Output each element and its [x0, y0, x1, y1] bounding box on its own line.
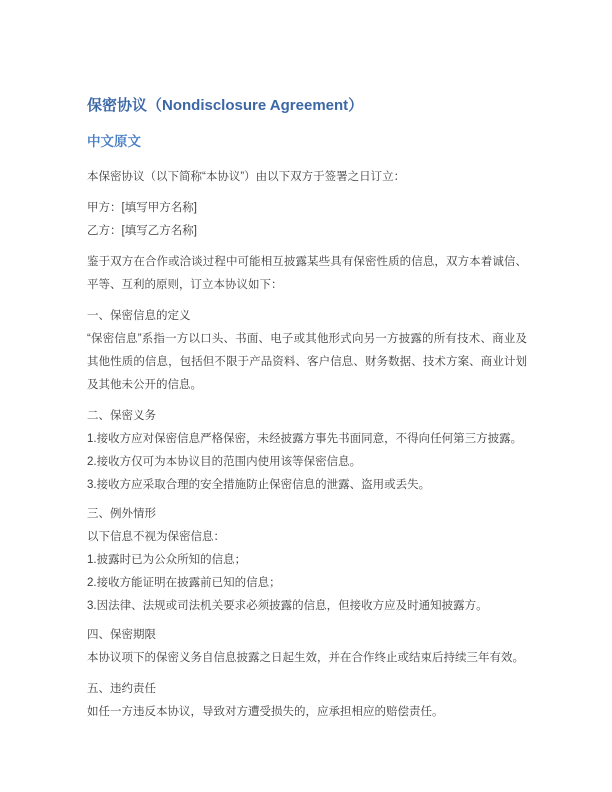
section-term-heading: 四、保密期限 — [87, 624, 527, 647]
section-liability: 五、违约责任 如任一方违反本协议，导致对方遭受损失的，应承担相应的赔偿责任。 — [87, 678, 527, 724]
party-a-line: 甲方：[填写甲方名称] — [87, 197, 527, 220]
section-definition: 一、保密信息的定义 “保密信息”系指一方以口头、书面、电子或其他形式向另一方披露… — [87, 305, 527, 397]
party-b-line: 乙方：[填写乙方名称] — [87, 220, 527, 243]
document-page: 保密协议（Nondisclosure Agreement） 中文原文 本保密协议… — [0, 0, 612, 792]
section-obligations: 二、保密义务 1.接收方应对保密信息严格保密，未经披露方事先书面同意，不得向任何… — [87, 405, 527, 497]
parties-block: 甲方：[填写甲方名称] 乙方：[填写乙方名称] — [87, 197, 527, 243]
section-liability-heading: 五、违约责任 — [87, 678, 527, 701]
section-definition-body: “保密信息”系指一方以口头、书面、电子或其他形式向另一方披露的所有技术、商业及其… — [87, 328, 527, 397]
obligations-item-1: 1.接收方应对保密信息严格保密，未经披露方事先书面同意，不得向任何第三方披露。 — [87, 428, 527, 451]
obligations-list: 1.接收方应对保密信息严格保密，未经披露方事先书面同意，不得向任何第三方披露。 … — [87, 428, 527, 497]
exceptions-list: 1.披露时已为公众所知的信息； 2.接收方能证明在披露前已知的信息； 3.因法律… — [87, 549, 527, 618]
section-obligations-heading: 二、保密义务 — [87, 405, 527, 428]
exceptions-item-3: 3.因法律、法规或司法机关要求必须披露的信息，但接收方应及时通知披露方。 — [87, 595, 527, 618]
exceptions-item-2: 2.接收方能证明在披露前已知的信息； — [87, 572, 527, 595]
exceptions-lead: 以下信息不视为保密信息： — [87, 526, 527, 549]
obligations-item-2: 2.接收方仅可为本协议目的范围内使用该等保密信息。 — [87, 451, 527, 474]
intro-paragraph: 本保密协议（以下简称“本协议”）由以下双方于签署之日订立： — [87, 166, 527, 189]
section-liability-body: 如任一方违反本协议，导致对方遭受损失的，应承担相应的赔偿责任。 — [87, 701, 527, 724]
section-definition-heading: 一、保密信息的定义 — [87, 305, 527, 328]
section-term: 四、保密期限 本协议项下的保密义务自信息披露之日起生效，并在合作终止或结束后持续… — [87, 624, 527, 670]
section-exceptions-heading: 三、例外情形 — [87, 503, 527, 526]
preamble-paragraph: 鉴于双方在合作或洽谈过程中可能相互披露某些具有保密性质的信息，双方本着诚信、平等… — [87, 251, 527, 297]
obligations-item-3: 3.接收方应采取合理的安全措施防止保密信息的泄露、盗用或丢失。 — [87, 474, 527, 497]
section-exceptions: 三、例外情形 以下信息不视为保密信息： 1.披露时已为公众所知的信息； 2.接收… — [87, 503, 527, 618]
exceptions-item-1: 1.披露时已为公众所知的信息； — [87, 549, 527, 572]
document-title: 保密协议（Nondisclosure Agreement） — [87, 97, 527, 114]
section-term-body: 本协议项下的保密义务自信息披露之日起生效，并在合作终止或结束后持续三年有效。 — [87, 647, 527, 670]
language-heading: 中文原文 — [87, 134, 527, 149]
